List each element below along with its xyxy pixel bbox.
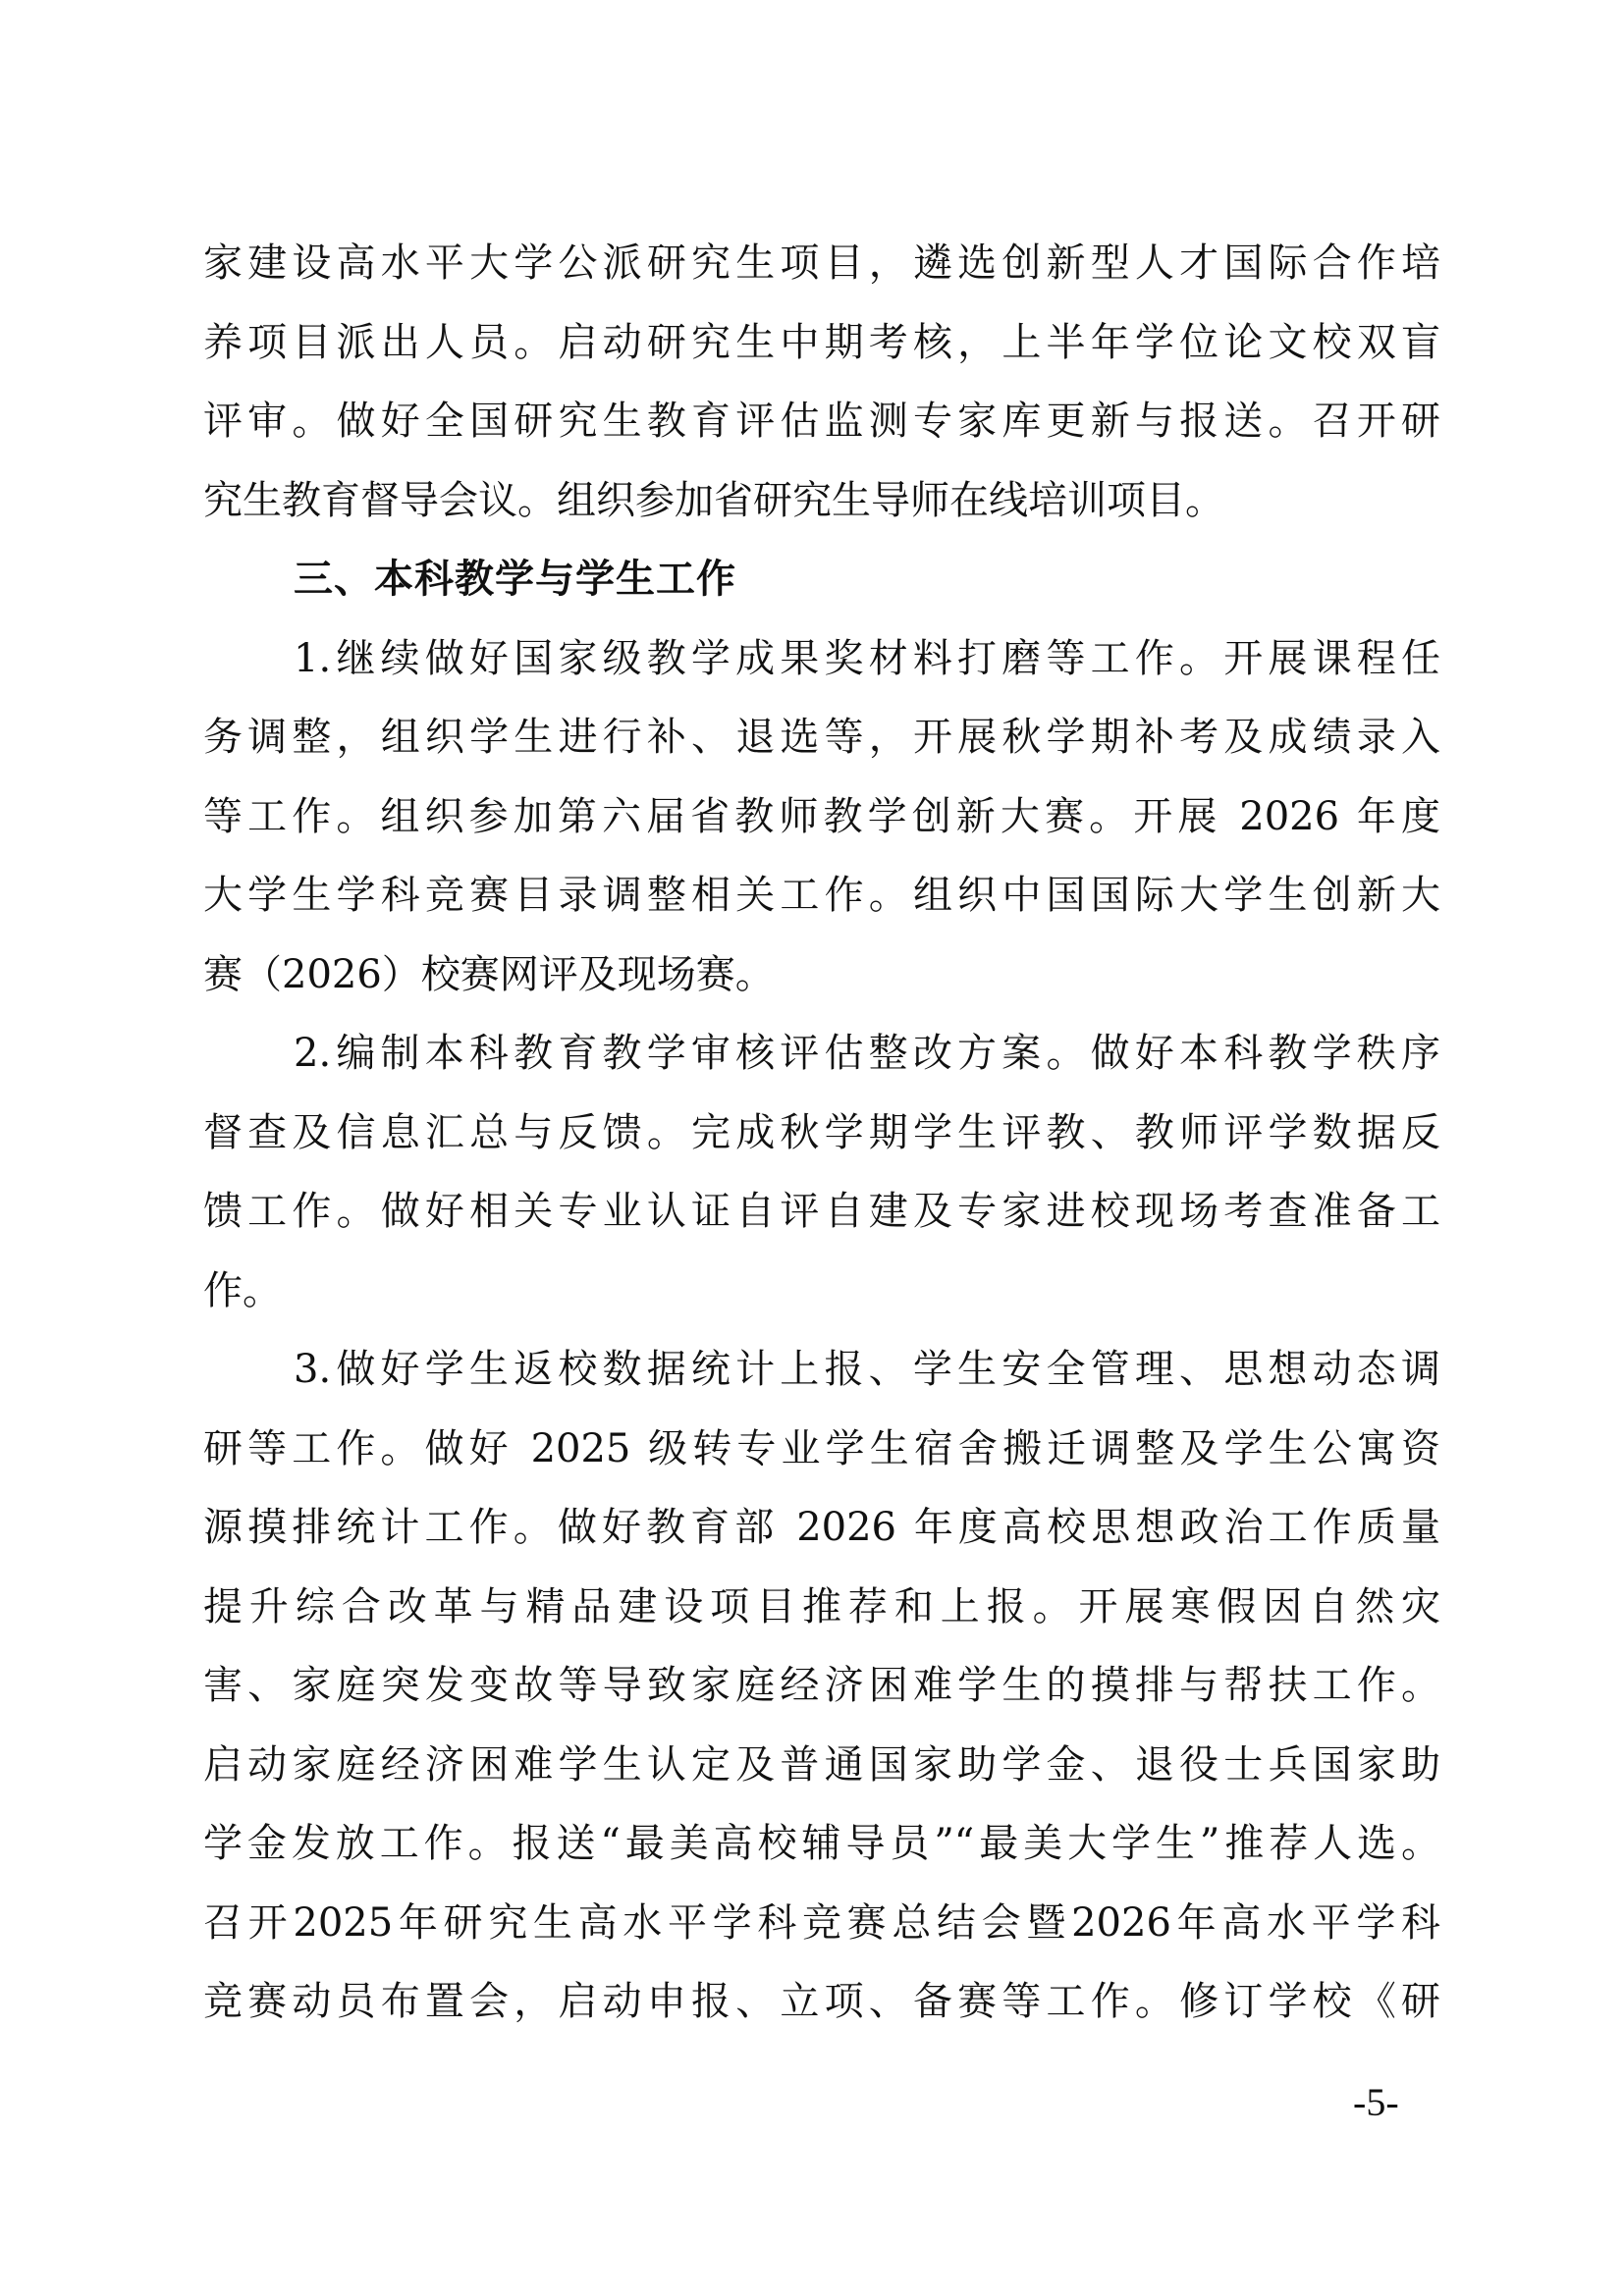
paragraph-3-line: 召开2025年研究生高水平学科竞赛总结会暨2026年高水平学科: [203, 1884, 1440, 1963]
paragraph-3-line: 学金发放工作。报送“最美高校辅导员”“最美大学生”推荐人选。: [203, 1804, 1440, 1884]
paragraph-3-line: 害、家庭突发变故等导致家庭经济困难学生的摸排与帮扶工作。: [203, 1646, 1440, 1726]
paragraph-line: 究生教育督导会议。组织参加省研究生导师在线培训项目。: [203, 461, 1440, 541]
section-heading: 三、本科教学与学生工作: [203, 540, 1440, 619]
paragraph-3-line: 3.做好学生返校数据统计上报、学生安全管理、思想动态调: [203, 1330, 1440, 1410]
paragraph-3-line: 研等工作。做好 2025 级转专业学生宿舍搬迁调整及学生公寓资: [203, 1410, 1440, 1489]
paragraph-line: 家建设高水平大学公派研究生项目，遴选创新型人才国际合作培: [203, 224, 1440, 303]
paragraph-1-line: 大学生学科竞赛目录调整相关工作。组织中国国际大学生创新大: [203, 856, 1440, 935]
paragraph-3-line: 源摸排统计工作。做好教育部 2026 年度高校思想政治工作质量: [203, 1488, 1440, 1568]
paragraph-2-line: 督查及信息汇总与反馈。完成秋学期学生评教、教师评学数据反: [203, 1094, 1440, 1173]
paragraph-2-line: 作。: [203, 1252, 1440, 1331]
paragraph-2-line: 馈工作。做好相关专业认证自评自建及专家进校现场考查准备工: [203, 1172, 1440, 1252]
page-number: -5-: [1353, 2079, 1399, 2126]
paragraph-line: 养项目派出人员。启动研究生中期考核，上半年学位论文校双盲: [203, 303, 1440, 383]
paragraph-1-line: 赛（2026）校赛网评及现场赛。: [203, 935, 1440, 1015]
paragraph-line: 评审。做好全国研究生教育评估监测专家库更新与报送。召开研: [203, 382, 1440, 461]
paragraph-2-line: 2.编制本科教育教学审核评估整改方案。做好本科教学秩序: [203, 1014, 1440, 1094]
paragraph-3-line: 启动家庭经济困难学生认定及普通国家助学金、退役士兵国家助: [203, 1726, 1440, 1805]
paragraph-1-line: 等工作。组织参加第六届省教师教学创新大赛。开展 2026 年度: [203, 777, 1440, 857]
document-body: 家建设高水平大学公派研究生项目，遴选创新型人才国际合作培 养项目派出人员。启动研…: [203, 224, 1440, 2042]
document-page: 家建设高水平大学公派研究生项目，遴选创新型人才国际合作培 养项目派出人员。启动研…: [0, 0, 1624, 2296]
paragraph-1-line: 务调整，组织学生进行补、退选等，开展秋学期补考及成绩录入: [203, 698, 1440, 777]
paragraph-3-line: 竞赛动员布置会，启动申报、立项、备赛等工作。修订学校《研: [203, 1962, 1440, 2042]
paragraph-3-line: 提升综合改革与精品建设项目推荐和上报。开展寒假因自然灾: [203, 1568, 1440, 1647]
paragraph-1-line: 1.继续做好国家级教学成果奖材料打磨等工作。开展课程任: [203, 619, 1440, 699]
